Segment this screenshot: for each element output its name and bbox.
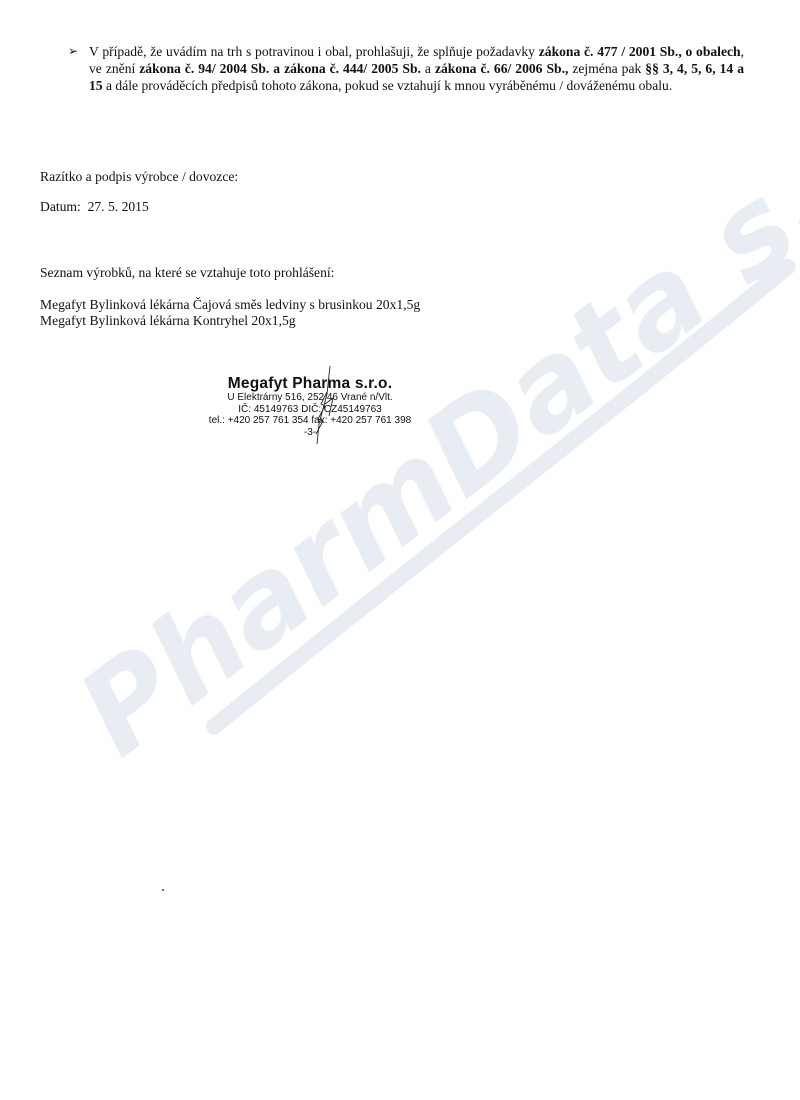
law-reference: zákona č. 66/ 2006 Sb.,	[435, 61, 568, 76]
document-page: PharmData s. r. o. ➢ V případě, že uvádí…	[0, 0, 800, 1100]
watermark-underline	[201, 267, 800, 727]
law-reference: zákona č. 477 / 2001 Sb., o obalech	[539, 44, 741, 59]
product-item: Megafyt Bylinková lékárna Kontryhel 20x1…	[40, 312, 296, 329]
handwritten-signature	[305, 364, 345, 454]
bullet-arrow-icon: ➢	[68, 43, 78, 60]
declaration-fragment: zejména pak	[568, 61, 645, 76]
date-line: Datum: 27. 5. 2015	[40, 198, 149, 215]
date-value: 27. 5. 2015	[88, 199, 149, 214]
date-label: Datum:	[40, 199, 81, 214]
declaration-text: V případě, že uvádím na trh s potravinou…	[89, 43, 744, 94]
watermark: PharmData s. r. o.	[0, 0, 800, 1100]
declaration-fragment: a dále prováděcích předpisů tohoto zákon…	[103, 78, 673, 93]
declaration-fragment: V případě, že uvádím na trh s potravinou…	[89, 44, 539, 59]
product-item: Megafyt Bylinková lékárna Čajová směs le…	[40, 296, 420, 313]
declaration-fragment: a	[421, 61, 435, 76]
signature-label: Razítko a podpis výrobce / dovozce:	[40, 168, 238, 185]
scan-speck	[162, 889, 164, 891]
declaration-paragraph: ➢ V případě, že uvádím na trh s potravin…	[68, 43, 744, 94]
law-reference: zákona č. 94/ 2004 Sb. a zákona č. 444/ …	[139, 61, 421, 76]
product-list-heading: Seznam výrobků, na které se vztahuje tot…	[40, 264, 334, 281]
